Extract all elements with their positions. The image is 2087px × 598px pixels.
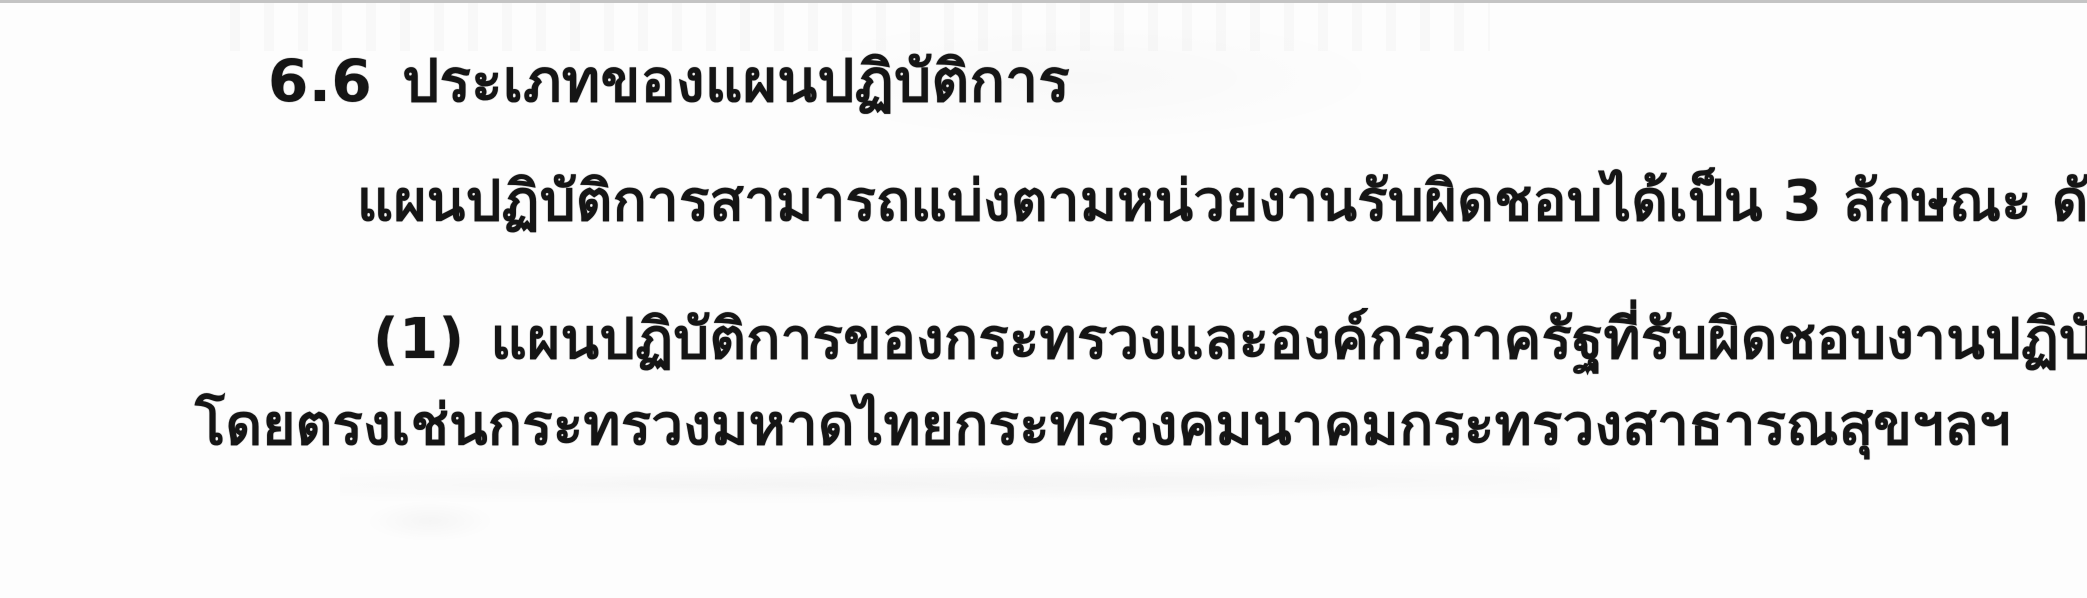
scan-artifact-streaks	[230, 3, 1490, 51]
scan-artifact-smudge	[340, 462, 1560, 508]
list-item-1-word: กระทรวงมหาดไทย	[488, 394, 954, 458]
list-item-1-word: โดยตรง	[195, 394, 391, 458]
list-item-1-word: กระทรวงคมนาคม	[954, 394, 1399, 458]
list-item-1-line-1: (1) แผนปฏิบัติการของกระทรวงและองค์กรภาคร…	[373, 308, 2087, 372]
section-heading-number: 6.6	[268, 48, 372, 115]
list-item-1-number: (1)	[373, 308, 465, 372]
section-heading-title: ประเภทของแผนปฏิบัติการ	[402, 48, 1070, 115]
scanned-document-page: 6.6 ประเภทของแผนปฏิบัติการ แผนปฏิบัติการ…	[0, 0, 2087, 598]
section-heading: 6.6 ประเภทของแผนปฏิบัติการ	[268, 48, 1070, 115]
list-item-1-text: แผนปฏิบัติการของกระทรวงและองค์กรภาครัฐที…	[491, 308, 2087, 372]
list-item-1-word: ฯลฯ	[1912, 394, 2011, 458]
list-item-1-word: กระทรวงสาธารณสุข	[1399, 394, 1912, 458]
scan-artifact-smudge	[365, 500, 495, 542]
scan-artifact-top-line	[0, 0, 2087, 3]
list-item-1-line-2: โดยตรง เช่น กระทรวงมหาดไทย กระทรวงคมนาคม…	[195, 394, 1776, 458]
list-item-1-word: เช่น	[391, 394, 488, 458]
intro-paragraph-line: แผนปฏิบัติการสามารถแบ่งตามหน่วยงานรับผิด…	[357, 170, 2087, 234]
